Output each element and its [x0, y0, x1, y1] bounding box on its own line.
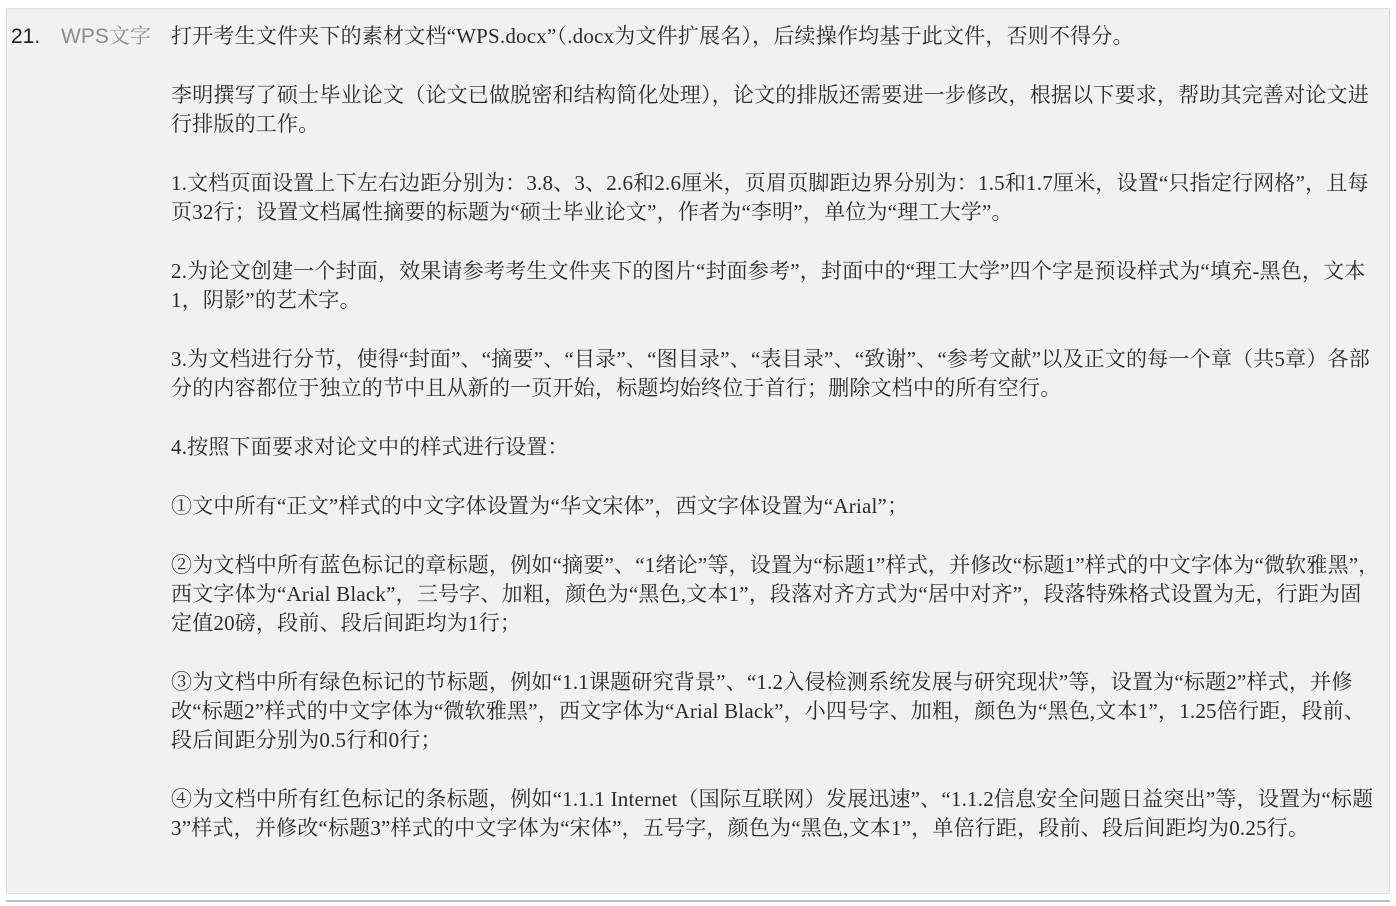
question-paragraph: 3.为文档进行分节，使得“封面”、“摘要”、“目录”、“图目录”、“表目录”、“… [171, 345, 1381, 403]
question-paragraph: 4.按照下面要求对论文中的样式进行设置： [171, 433, 1381, 462]
question-content: 打开考生文件夹下的素材文档“WPS.docx”（.docx为文件扩展名），后续操… [171, 22, 1381, 873]
question-card: 21. WPS文字 打开考生文件夹下的素材文档“WPS.docx”（.docx为… [6, 8, 1390, 894]
question-category-label: WPS文字 [61, 22, 171, 51]
question-paragraph: ①文中所有“正文”样式的中文字体设置为“华文宋体”，西文字体设置为“Arial”… [171, 492, 1381, 521]
question-paragraph: 李明撰写了硕士毕业论文（论文已做脱密和结构简化处理），论文的排版还需要进一步修改… [171, 81, 1381, 139]
question-paragraph: 2.为论文创建一个封面，效果请参考考生文件夹下的图片“封面参考”，封面中的“理工… [171, 257, 1381, 315]
question-paragraph: ③为文档中所有绿色标记的节标题，例如“1.1课题研究背景”、“1.2入侵检测系统… [171, 668, 1381, 755]
next-question-divider [6, 900, 1390, 902]
question-paragraph: ②为文档中所有蓝色标记的章标题，例如“摘要”、“1绪论”等，设置为“标题1”样式… [171, 551, 1381, 638]
question-paragraph: 打开考生文件夹下的素材文档“WPS.docx”（.docx为文件扩展名），后续操… [171, 22, 1381, 51]
question-number: 21. [11, 22, 61, 51]
question-paragraph: ④为文档中所有红色标记的条标题，例如“1.1.1 Internet（国际互联网）… [171, 785, 1381, 843]
question-paragraph: 1.文档页面设置上下左右边距分别为：3.8、3、2.6和2.6厘米，页眉页脚距边… [171, 169, 1381, 227]
